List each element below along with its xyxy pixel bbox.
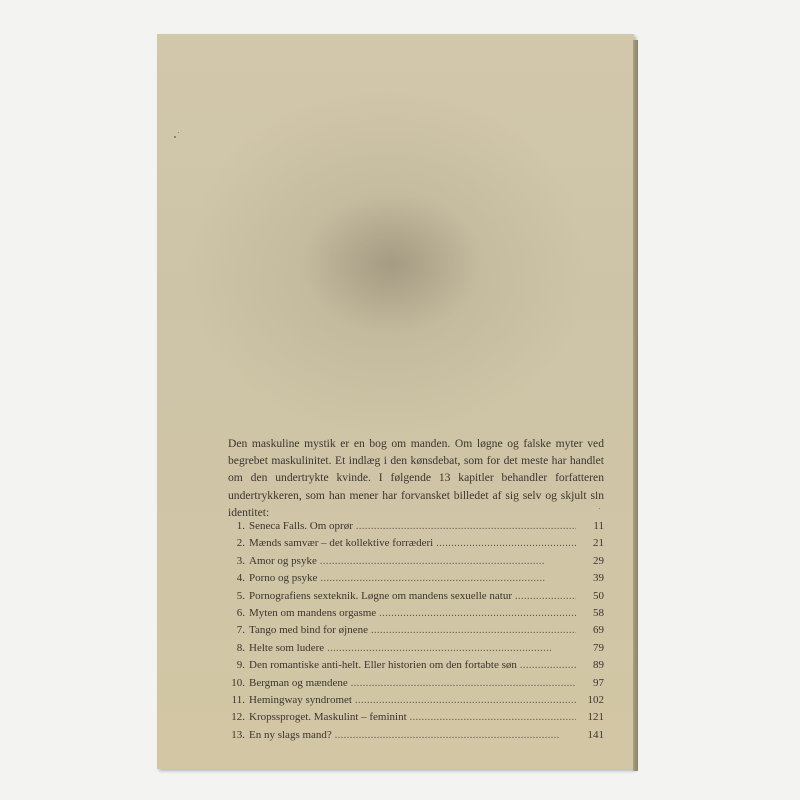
- dot-leader: [410, 710, 576, 726]
- chapter-number: 7.: [223, 622, 249, 638]
- table-of-contents: 1.Seneca Falls. Om oprør112.Mænds samvær…: [223, 518, 604, 744]
- dot-leader: [520, 658, 576, 674]
- toc-entry: 4.Porno og psyke39: [223, 570, 604, 587]
- chapter-page: 97: [576, 675, 604, 691]
- dot-leader: [335, 728, 576, 744]
- chapter-number: 8.: [223, 640, 249, 656]
- chapter-title: Amor og psyke: [249, 553, 320, 569]
- chapter-page: 69: [576, 622, 604, 638]
- chapter-number: 6.: [223, 605, 249, 621]
- chapter-number: 13.: [223, 727, 249, 743]
- chapter-number: 10.: [223, 675, 249, 691]
- cover-blurb: Den maskuline mystik er en bog om manden…: [228, 435, 604, 522]
- chapter-page: 11: [576, 518, 604, 534]
- dot-leader: [356, 519, 576, 535]
- chapter-number: 11.: [223, 692, 249, 708]
- chapter-title: Myten om mandens orgasme: [249, 605, 379, 621]
- chapter-page: 29: [576, 553, 604, 569]
- toc-entry: 13.En ny slags mand?141: [223, 727, 604, 744]
- dot-leader: [351, 676, 576, 692]
- chapter-title: Den romantiske anti-helt. Eller historie…: [249, 657, 520, 673]
- chapter-page: 58: [576, 605, 604, 621]
- paper-speck: [174, 136, 176, 138]
- dot-leader: [371, 623, 576, 639]
- chapter-page: 121: [576, 709, 604, 725]
- chapter-number: 9.: [223, 657, 249, 673]
- chapter-number: 1.: [223, 518, 249, 534]
- chapter-page: 39: [576, 570, 604, 586]
- toc-entry: 12.Kropssproget. Maskulint – feminint121: [223, 709, 604, 726]
- chapter-page: 89: [576, 657, 604, 673]
- dot-leader: [327, 641, 576, 657]
- chapter-page: 102: [576, 692, 604, 708]
- dot-leader: [320, 571, 576, 587]
- chapter-page: 79: [576, 640, 604, 656]
- dot-leader: [436, 536, 576, 552]
- toc-entry: 2.Mænds samvær – det kollektive forræder…: [223, 535, 604, 552]
- toc-entry: 10.Bergman og mændene97: [223, 675, 604, 692]
- toc-entry: 11.Hemingway syndromet102: [223, 692, 604, 709]
- chapter-number: 4.: [223, 570, 249, 586]
- toc-entry: 6.Myten om mandens orgasme58: [223, 605, 604, 622]
- chapter-title: Kropssproget. Maskulint – feminint: [249, 709, 410, 725]
- chapter-title: Mænds samvær – det kollektive forræderi: [249, 535, 436, 551]
- dot-leader: [379, 606, 576, 622]
- toc-entry: 1.Seneca Falls. Om oprør11: [223, 518, 604, 535]
- dot-leader: [320, 554, 576, 570]
- chapter-title: En ny slags mand?: [249, 727, 335, 743]
- toc-entry: 9.Den romantiske anti-helt. Eller histor…: [223, 657, 604, 674]
- chapter-title: Bergman og mændene: [249, 675, 351, 691]
- paper-speck: [178, 132, 179, 133]
- chapter-title: Pornografiens sexteknik. Løgne om manden…: [249, 588, 515, 604]
- chapter-page: 141: [576, 727, 604, 743]
- toc-entry: 3.Amor og psyke29: [223, 553, 604, 570]
- chapter-title: Hemingway syndromet: [249, 692, 355, 708]
- chapter-number: 3.: [223, 553, 249, 569]
- toc-entry: 8.Helte som ludere79: [223, 640, 604, 657]
- chapter-title: Seneca Falls. Om oprør: [249, 518, 356, 534]
- toc-entry: 5.Pornografiens sexteknik. Løgne om mand…: [223, 588, 604, 605]
- dot-leader: [355, 693, 576, 709]
- chapter-number: 2.: [223, 535, 249, 551]
- chapter-title: Helte som ludere: [249, 640, 327, 656]
- chapter-page: 50: [576, 588, 604, 604]
- book-back-cover: Den maskuline mystik er en bog om manden…: [157, 34, 634, 769]
- chapter-number: 5.: [223, 588, 249, 604]
- dot-leader: [515, 589, 576, 605]
- chapter-title: Tango med bind for øjnene: [249, 622, 371, 638]
- chapter-number: 12.: [223, 709, 249, 725]
- toc-entry: 7.Tango med bind for øjnene69: [223, 622, 604, 639]
- chapter-page: 21: [576, 535, 604, 551]
- chapter-title: Porno og psyke: [249, 570, 320, 586]
